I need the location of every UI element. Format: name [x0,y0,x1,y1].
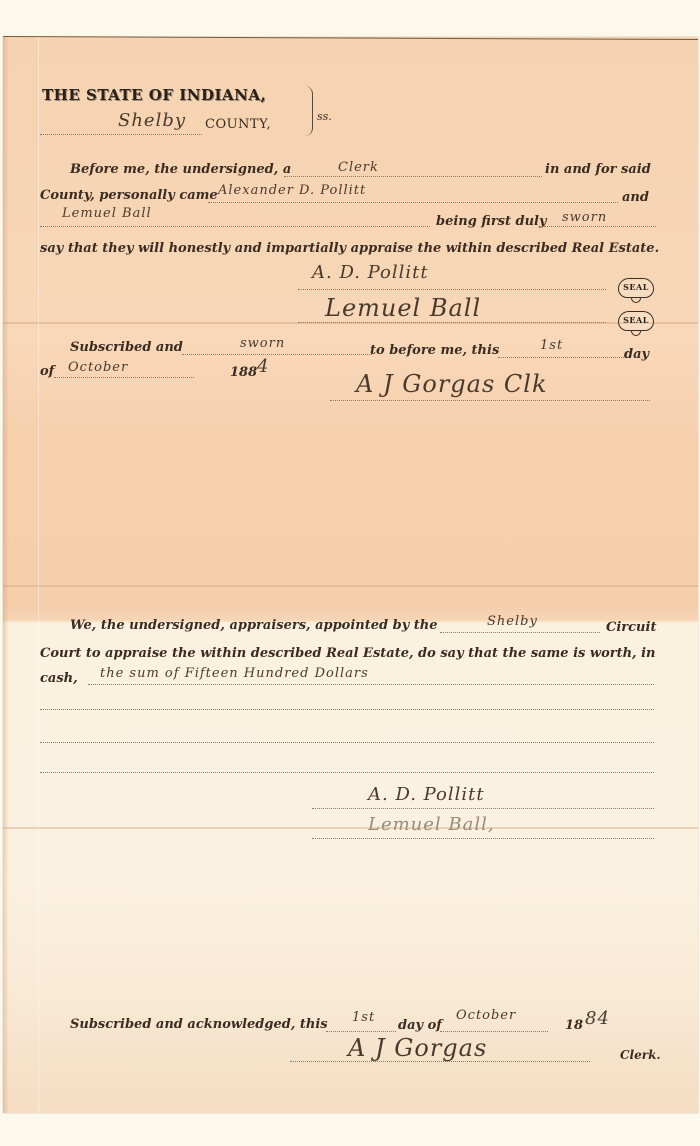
ack-year-printed: 18 [565,1018,583,1033]
appraisal-signature1: A. D. Pollitt [368,784,485,805]
appraiser1-handwritten: Alexander D. Pollitt [218,183,366,198]
clerk-label: Clerk. [620,1048,661,1062]
jurat-middle: to before me, this [370,343,499,358]
jurat-prefix: Subscribed and [70,340,183,355]
ack-day-of: day of [398,1018,442,1033]
ack-day-rule [326,1031,396,1032]
value-handwritten: the sum of Fifteen Hundred Dollars [100,666,369,681]
county-handwritten: Shelby [118,110,186,131]
office-rule [284,176,542,177]
jurat-day-handwritten: 1st [540,338,563,353]
oath-line4: say that they will honestly and impartia… [40,241,659,256]
ack-clerk-signature: A J Gorgas [348,1034,487,1062]
oath-signature2: Lemuel Ball [325,294,481,322]
jurat-clerk-rule [330,400,650,401]
margin-crease [38,37,39,1113]
jurat-day-rule [498,357,624,358]
ack-prefix: Subscribed and acknowledged, this [70,1017,328,1032]
oath-line1-suffix: in and for said [545,162,651,177]
county-label: COUNTY, [205,117,271,132]
value-rule [88,684,654,685]
oath-signature1: A. D. Pollitt [312,262,429,283]
appraisal-signature2: Lemuel Ball, [368,814,495,835]
ss-label: ss. [317,110,332,123]
appraisal-signature2-rule [312,838,654,839]
sworn-handwritten: sworn [562,210,607,225]
appraiser2-handwritten: Lemuel Ball [62,206,152,221]
state-title: THE STATE OF INDIANA, [42,86,266,104]
oath-line1-prefix: Before me, the undersigned, a [70,162,291,177]
signature1-rule [298,289,606,290]
court-handwritten: Shelby [487,614,538,629]
fold-crease [3,827,698,829]
appraisal-line1-suffix: Circuit [606,620,656,635]
office-handwritten: Clerk [338,160,379,175]
appraisal-line1-prefix: We, the undersigned, appraisers, appoint… [70,618,438,633]
blank-rule [40,772,654,773]
oath-line2-prefix: County, personally came [40,188,218,203]
oath-line3-middle: being first duly [436,214,547,229]
oath-line2-suffix: and [622,190,649,205]
seal-1: SEAL [618,278,654,298]
appraiser2-rule [40,226,430,227]
appraisal-line2: Court to appraise the within described R… [40,646,656,661]
bracket [304,86,313,136]
seal-2: SEAL [618,311,654,331]
blank-rule [40,709,654,710]
jurat-month-handwritten: October [68,360,128,375]
jurat-of-label: of [40,364,54,379]
sworn-rule [544,226,656,227]
jurat-month-rule [54,377,194,378]
ack-month-rule [440,1031,548,1032]
jurat-sworn-handwritten: sworn [240,336,285,351]
jurat-year-handwritten: 4 [257,356,269,377]
appraisers-rule [208,202,618,203]
ack-month-handwritten: October [456,1008,516,1023]
appraisal-cash-label: cash, [40,671,78,686]
signature2-rule [298,322,606,323]
blank-rule [40,742,654,743]
jurat-day-label: day [624,347,649,362]
appraisal-signature1-rule [312,808,654,809]
fold-crease [3,585,698,587]
court-rule [440,632,600,633]
jurat-sworn-rule [182,354,372,355]
jurat-year-printed: 188 [230,365,257,380]
county-rule [40,134,202,135]
jurat-clerk-signature: A J Gorgas Clk [356,370,548,398]
ack-year-handwritten: 84 [585,1008,610,1029]
ack-day-handwritten: 1st [352,1010,375,1025]
